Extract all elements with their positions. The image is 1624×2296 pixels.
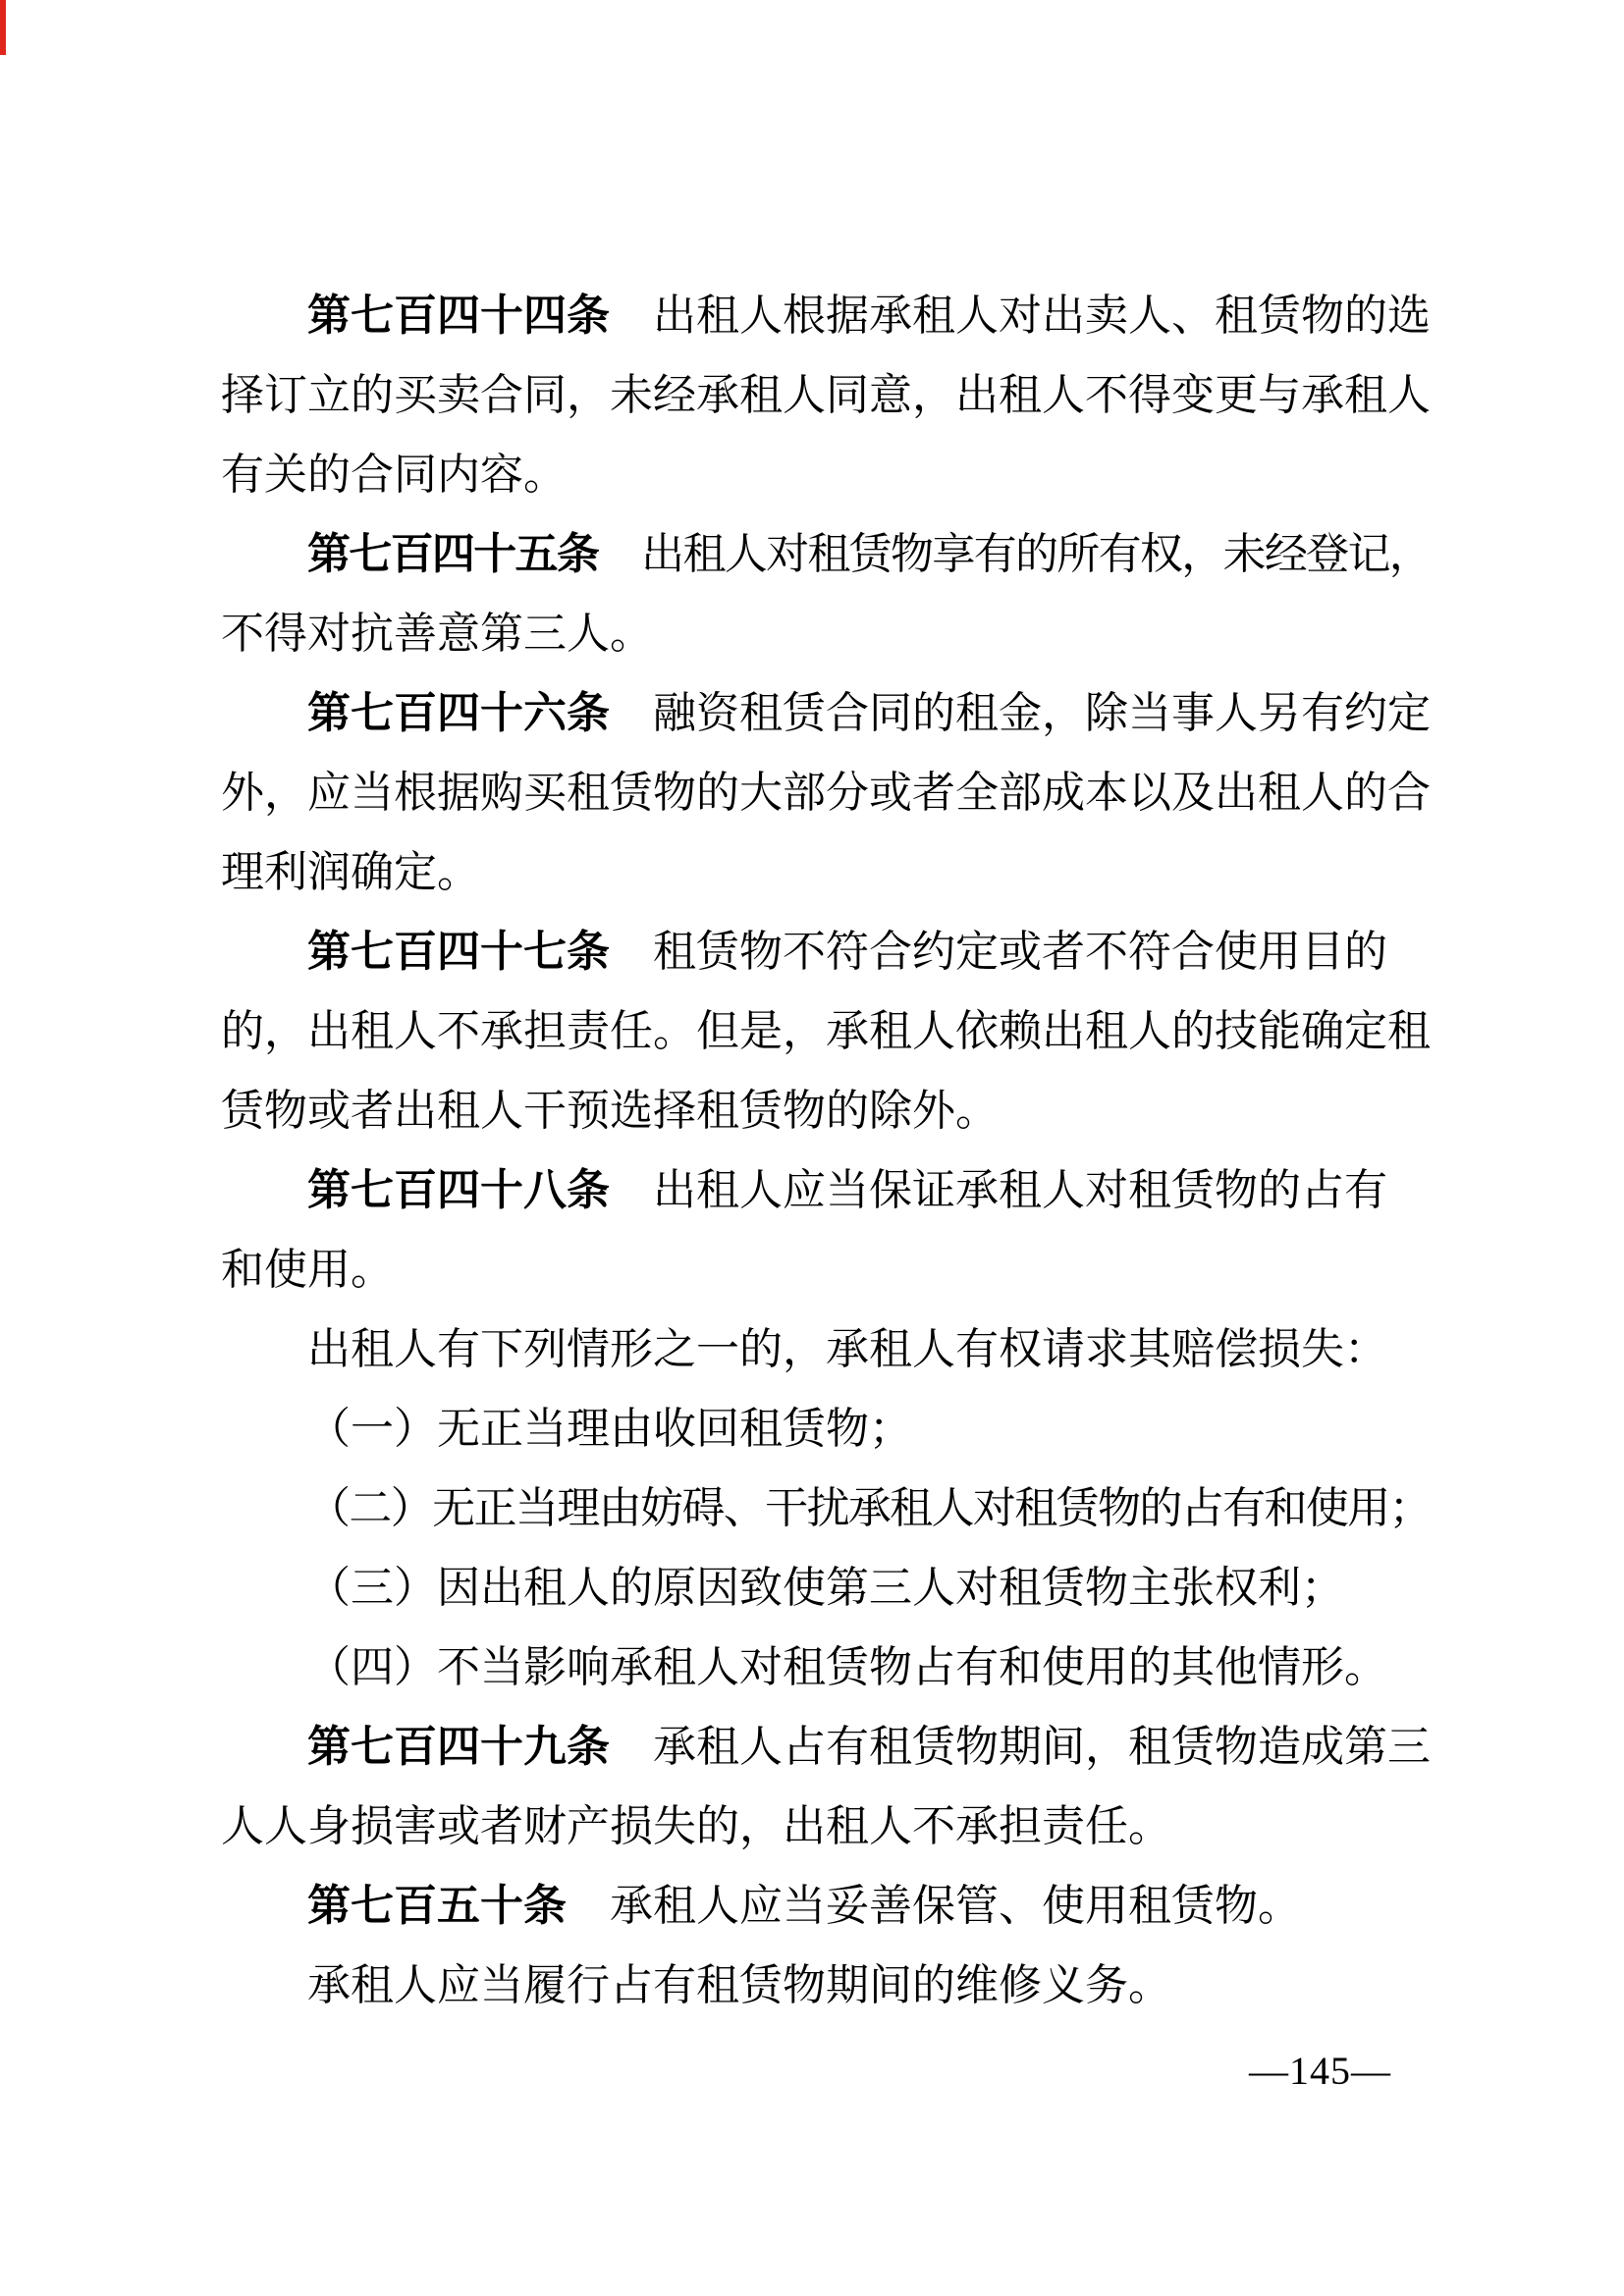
text-line: 第七百四十七条租赁物不符合约定或者不符合使用目的: [221, 912, 1431, 991]
text-line: 有关的合同内容。: [221, 435, 1431, 514]
text-line: 第七百四十五条出租人对租赁物享有的所有权，未经登记，: [221, 514, 1431, 594]
text-line: 不得对抗善意第三人。: [221, 594, 1431, 673]
text-line: 第七百四十六条融资租赁合同的租金，除当事人另有约定: [221, 673, 1431, 753]
text-line: （三）因出租人的原因致使第三人对租赁物主张权利；: [221, 1548, 1431, 1628]
article-number: 第七百四十六条: [307, 689, 610, 737]
article-number: 第七百五十条: [307, 1882, 567, 1930]
text-line: 的，出租人不承担责任。但是，承租人依赖出租人的技能确定租: [221, 991, 1431, 1071]
document-page: 第七百四十四条出租人根据承租人对出卖人、租赁物的选择订立的买卖合同，未经承租人同…: [0, 0, 1624, 2296]
text-line: 第七百五十条承租人应当妥善保管、使用租赁物。: [221, 1866, 1431, 1946]
text-line: （二）无正当理由妨碍、干扰承租人对租赁物的占有和使用；: [221, 1468, 1431, 1548]
text-line: 出租人有下列情形之一的，承租人有权请求其赔偿损失：: [221, 1309, 1431, 1389]
article-number: 第七百四十五条: [307, 530, 598, 578]
article-number: 第七百四十九条: [307, 1723, 610, 1771]
text-line: 第七百四十八条出租人应当保证承租人对租赁物的占有: [221, 1150, 1431, 1230]
page-number: —145—: [1249, 2048, 1391, 2095]
text-line: 承租人应当履行占有租赁物期间的维修义务。: [221, 1946, 1431, 2025]
text-line: 外，应当根据购买租赁物的大部分或者全部成本以及出租人的合: [221, 753, 1431, 832]
article-number: 第七百四十八条: [307, 1166, 610, 1214]
text-line: （一）无正当理由收回租赁物；: [221, 1389, 1431, 1468]
text-line: 赁物或者出租人干预选择租赁物的除外。: [221, 1071, 1431, 1150]
text-line: 第七百四十四条出租人根据承租人对出卖人、租赁物的选: [221, 276, 1431, 355]
text-line: 人人身损害或者财产损失的，出租人不承担责任。: [221, 1787, 1431, 1866]
text-line: （四）不当影响承租人对租赁物占有和使用的其他情形。: [221, 1628, 1431, 1707]
text-block: 第七百四十四条出租人根据承租人对出卖人、租赁物的选择订立的买卖合同，未经承租人同…: [221, 276, 1431, 2025]
article-number: 第七百四十四条: [307, 292, 610, 340]
text-line: 择订立的买卖合同，未经承租人同意，出租人不得变更与承租人: [221, 355, 1431, 435]
scan-artifact: [0, 0, 6, 55]
text-line: 理利润确定。: [221, 832, 1431, 912]
article-number: 第七百四十七条: [307, 928, 610, 976]
text-line: 第七百四十九条承租人占有租赁物期间，租赁物造成第三: [221, 1707, 1431, 1787]
text-line: 和使用。: [221, 1230, 1431, 1309]
